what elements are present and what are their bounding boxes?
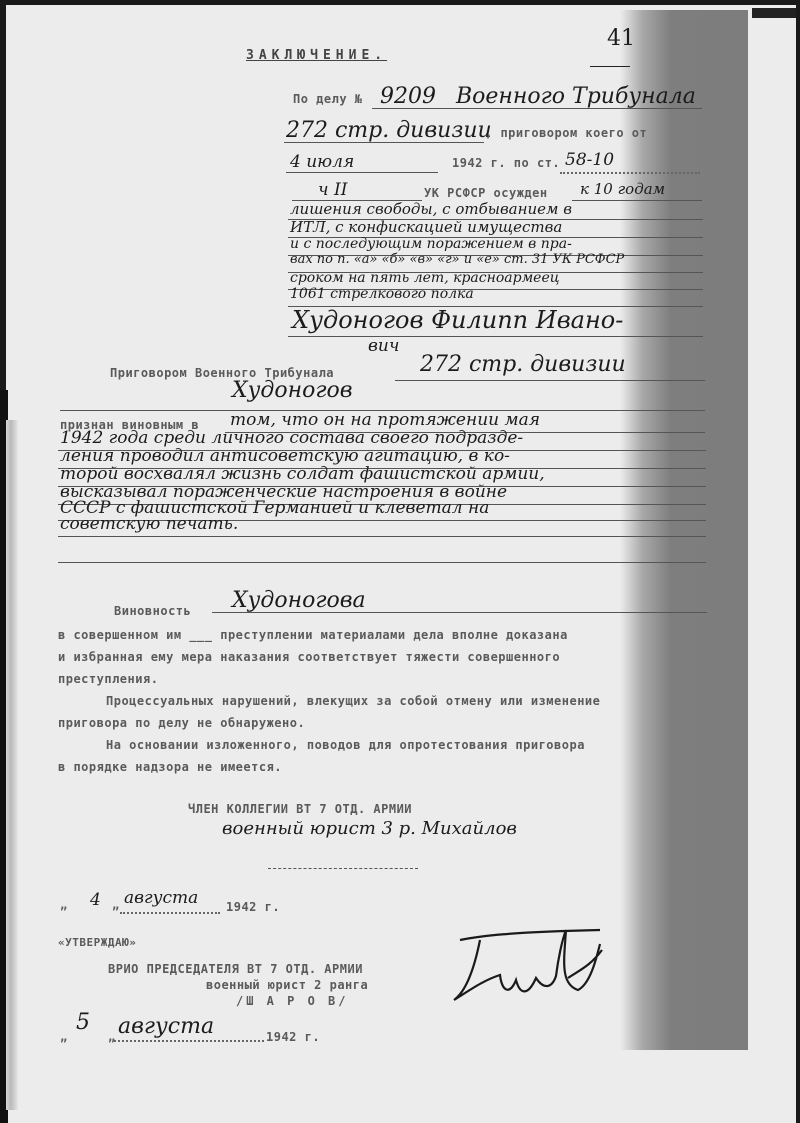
underline xyxy=(286,172,438,173)
date2-day: 5 xyxy=(76,1010,90,1035)
quote-mark: „ xyxy=(60,898,68,912)
scan-edge-top xyxy=(752,8,796,18)
date1-day: 4 xyxy=(90,890,101,910)
member-signature: военный юрист 3 р. Михайлов xyxy=(222,818,517,839)
sentence-line: ИТЛ, с конфискацией имущества xyxy=(290,218,562,236)
underline xyxy=(58,536,706,537)
charge-line: советскую печать. xyxy=(60,514,238,534)
sentence-line: вах по п. «а» «б» «в» «г» и «е» ст. 31 У… xyxy=(290,252,624,267)
underline xyxy=(212,612,707,613)
quote-mark: „ xyxy=(60,1030,68,1044)
approved-label: «УТВЕРЖДАЮ» xyxy=(58,936,136,949)
date1-year: 1942 г. xyxy=(226,900,280,914)
case-label: По делу № xyxy=(293,92,363,106)
convict-name-cont: вич xyxy=(368,336,399,356)
underline xyxy=(572,200,702,201)
sentence-year: 1942 г. по ст. xyxy=(452,156,560,170)
signature-bracket xyxy=(268,868,418,869)
underline xyxy=(120,912,220,914)
charge-line: том, что он на протяжении мая xyxy=(230,410,540,430)
chair-rank: военный юрист 2 ранга xyxy=(206,978,368,992)
sentence-line: сроком на пять лет, красноармеец xyxy=(290,270,560,286)
sentence-label: , приговором коего от xyxy=(485,126,647,140)
tribunal-name: Военного Трибунала xyxy=(456,84,696,109)
case-number: 9209 xyxy=(380,84,436,109)
paper-fold xyxy=(6,420,18,1110)
underline xyxy=(114,1040,264,1042)
underline xyxy=(288,336,703,337)
quote-mark: „ xyxy=(112,898,120,912)
date2-year: 1942 г. xyxy=(266,1030,320,1044)
charge-line: 1942 года среди личного состава своего п… xyxy=(60,428,523,448)
underline xyxy=(395,380,705,381)
sentence-date: 4 июля xyxy=(290,152,354,172)
page-number-underline xyxy=(590,66,630,67)
conclusion-text: Процессуальных нарушений, влекущих за со… xyxy=(106,694,600,708)
sentence-term: к 10 годам xyxy=(580,180,665,198)
underline xyxy=(560,172,700,174)
verdict-division: 272 стр. дивизии xyxy=(420,352,626,377)
chair-label: ВРИО ПРЕДСЕДАТЕЛЯ ВТ 7 ОТД. АРМИИ xyxy=(108,962,363,976)
document-title: ЗАКЛЮЧЕНИЕ. xyxy=(246,48,387,63)
article-part: ч II xyxy=(318,180,347,200)
code-label: УК РСФСР осужден xyxy=(424,186,548,200)
underline xyxy=(372,108,702,109)
conclusion-text: в совершенном им ___ преступлении матери… xyxy=(58,628,568,642)
sentence-line: лишения свободы, с отбыванием в xyxy=(290,200,572,218)
conclusion-text: и избранная ему мера наказания соответст… xyxy=(58,650,560,664)
guilt-name: Худоногова xyxy=(232,588,366,613)
sentence-line: 1061 стрелкового полка xyxy=(290,286,474,302)
underline xyxy=(284,142,484,143)
member-label: ЧЛЕН КОЛЛЕГИИ ВТ 7 ОТД. АРМИИ xyxy=(188,802,412,816)
date1-month: августа xyxy=(124,888,198,908)
chair-name: /Ш А Р О В/ xyxy=(236,994,348,1008)
charge-line: ления проводил антисоветскую агитацию, в… xyxy=(60,446,510,466)
guilt-label: Виновность xyxy=(114,604,191,618)
photocopy-shadow xyxy=(620,10,748,1050)
article-number: 58-10 xyxy=(565,150,614,170)
chair-signature-mark: Шаров xyxy=(440,920,610,1020)
sentence-line: и с последующим поражением в пра- xyxy=(290,236,572,252)
division-name: 272 стр. дивизии xyxy=(286,118,492,143)
conclusion-text: преступления. xyxy=(58,672,158,686)
date2-month: августа xyxy=(118,1014,214,1039)
conclusion-text: приговора по делу не обнаружено. xyxy=(58,716,305,730)
page-number: 41 xyxy=(607,26,635,51)
convict-full-name: Худоногов Филипп Ивано- xyxy=(292,306,623,334)
conclusion-text: в порядке надзора не имеется. xyxy=(58,760,282,774)
underline xyxy=(58,562,706,563)
charge-line: торой восхвалял жизнь солдат фашистской … xyxy=(60,464,545,484)
conclusion-text: На основании изложенного, поводов для оп… xyxy=(106,738,585,752)
verdict-convict: Худоногов xyxy=(232,378,353,403)
